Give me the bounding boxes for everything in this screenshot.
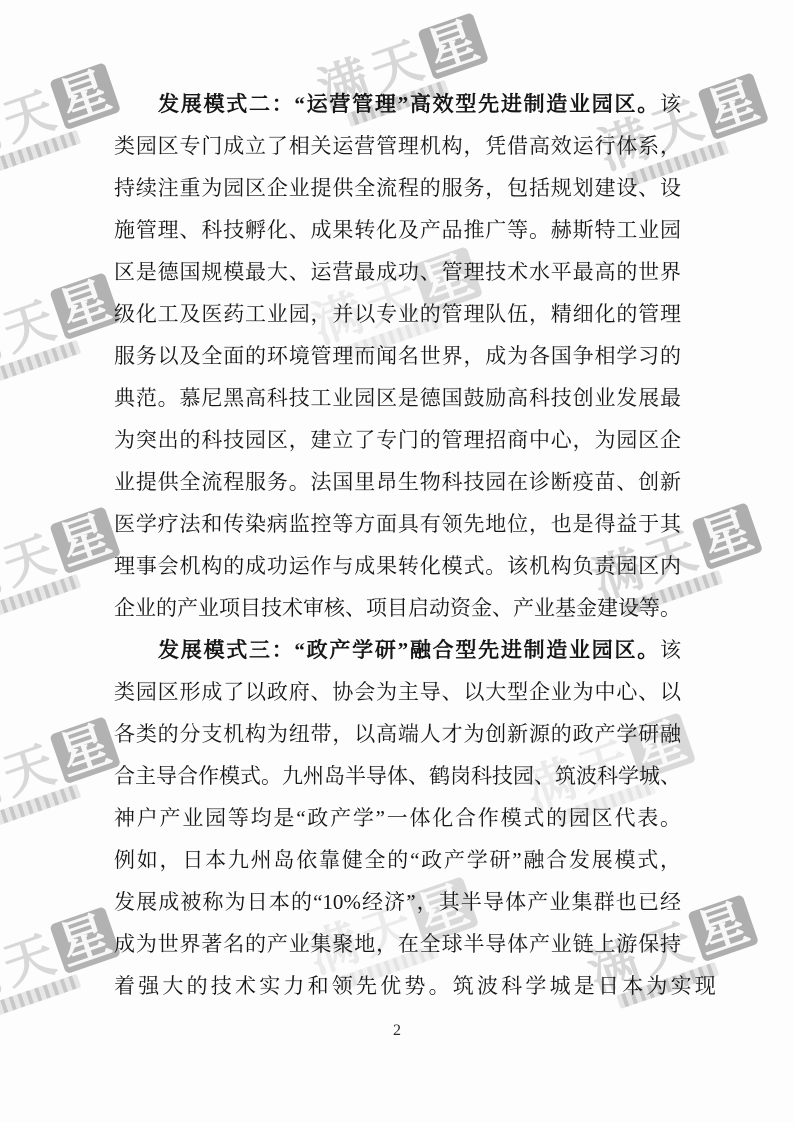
watermark-char: 天 — [0, 738, 62, 802]
text-line: 发展成被称为日本的“10%经济”，其半导体产业集群也已经 — [114, 881, 681, 923]
watermark-char: 星 — [49, 272, 121, 340]
watermark-tagline-bar — [0, 974, 81, 1021]
heading-text: 发展模式三：“政产学研”融合型先进制造业园区。 — [158, 638, 660, 662]
watermark: 满天星 — [0, 506, 127, 627]
text-line: 合主导合作模式。九州岛半导体、鹤岗科技园、筑波科学城、 — [114, 755, 681, 797]
text-line: 持续注重为园区企业提供全流程的服务，包括规划建设、设 — [114, 167, 681, 209]
watermark-char: 星 — [49, 906, 121, 974]
text-line: 成为世界著名的产业集聚地，在全球半导体产业链上游保持 — [114, 923, 681, 965]
watermark: 满天星 — [0, 62, 127, 183]
text-line: 神户产业园等均是“政产学”一体化合作模式的园区代表。 — [114, 797, 681, 839]
watermark-char: 星 — [49, 506, 121, 574]
text-line: 例如，日本九州岛依靠健全的“政产学研”融合发展模式， — [114, 839, 681, 881]
text-line: 施管理、科技孵化、成果转化及产品推广等。赫斯特工业园 — [114, 209, 681, 251]
text-line: 企业的产业项目技术审核、项目启动资金、产业基金建设等。 — [114, 587, 681, 629]
text-line: 业提供全流程服务。法国里昂生物科技园在诊断疫苗、创新 — [114, 461, 681, 503]
watermark-char: 天 — [0, 928, 62, 992]
watermark-char: 星 — [691, 502, 763, 570]
text-line: 发展模式三：“政产学研”融合型先进制造业园区。该 — [114, 629, 681, 671]
text-line: 级化工及医药工业园，并以专业的管理队伍，精细化的管理 — [114, 293, 681, 335]
text-line: 类园区形成了以政府、协会为主导、以大型企业为中心、以 — [114, 671, 681, 713]
text-line: 发展模式二：“运营管理”高效型先进制造业园区。该 — [114, 83, 681, 125]
page-number: 2 — [0, 1022, 794, 1040]
watermark-tagline-bar — [0, 784, 81, 831]
watermark-char: 满 — [0, 947, 9, 1011]
watermark-char: 星 — [687, 894, 759, 962]
text-line: 区是德国规模最大、运营最成功、管理技术水平最高的世界 — [114, 251, 681, 293]
body-text-run: 该 — [660, 92, 681, 116]
text-line: 为突出的科技园区，建立了专门的管理招商中心，为园区企 — [114, 419, 681, 461]
watermark-tagline-bar — [0, 340, 81, 387]
watermark-char: 星 — [697, 72, 769, 140]
watermark-char: 星 — [49, 62, 121, 130]
text-line: 典范。慕尼黑高科技工业园区是德国鼓励高科技创业发展最 — [114, 377, 681, 419]
text-line: 理事会机构的成功运作与成果转化模式。该机构负责园区内 — [114, 545, 681, 587]
watermark-char: 满 — [0, 547, 9, 611]
watermark: 满天星 — [0, 272, 127, 393]
text-line: 着强大的技术实力和领先优势。筑波科学城是日本为实现 — [114, 965, 681, 1007]
body-text-run: 该 — [660, 638, 681, 662]
watermark-tagline-bar — [0, 574, 81, 621]
watermark-char: 满 — [0, 103, 9, 167]
text-line: 各类的分支机构为纽带，以高端人才为创新源的政产学研融 — [114, 713, 681, 755]
watermark-char: 满 — [0, 313, 9, 377]
watermark-char: 星 — [417, 12, 489, 80]
watermark-char: 天 — [0, 294, 62, 358]
watermark-char: 天 — [0, 528, 62, 592]
heading-text: 发展模式二：“运营管理”高效型先进制造业园区。 — [158, 92, 660, 116]
text-line: 服务以及全面的环境管理而闻名世界，成为各国争相学习的 — [114, 335, 681, 377]
watermark: 满天星 — [0, 906, 127, 1027]
text-line: 类园区专门成立了相关运营管理机构，凭借高效运行体系， — [114, 125, 681, 167]
watermark-char: 天 — [0, 84, 62, 148]
watermark: 满天星 — [0, 716, 127, 837]
text-line: 医学疗法和传染病监控等方面具有领先地位，也是得益于其 — [114, 503, 681, 545]
watermark-char: 满 — [0, 757, 9, 821]
watermark-tagline-bar — [0, 130, 81, 177]
watermark-char: 星 — [49, 716, 121, 784]
document-page: 满天星满天星满天星满天星满天星满天星满天星满天星满天星满天星满天星满天星 发展模… — [0, 0, 794, 1123]
body-text: 发展模式二：“运营管理”高效型先进制造业园区。该类园区专门成立了相关运营管理机构… — [114, 83, 681, 1007]
